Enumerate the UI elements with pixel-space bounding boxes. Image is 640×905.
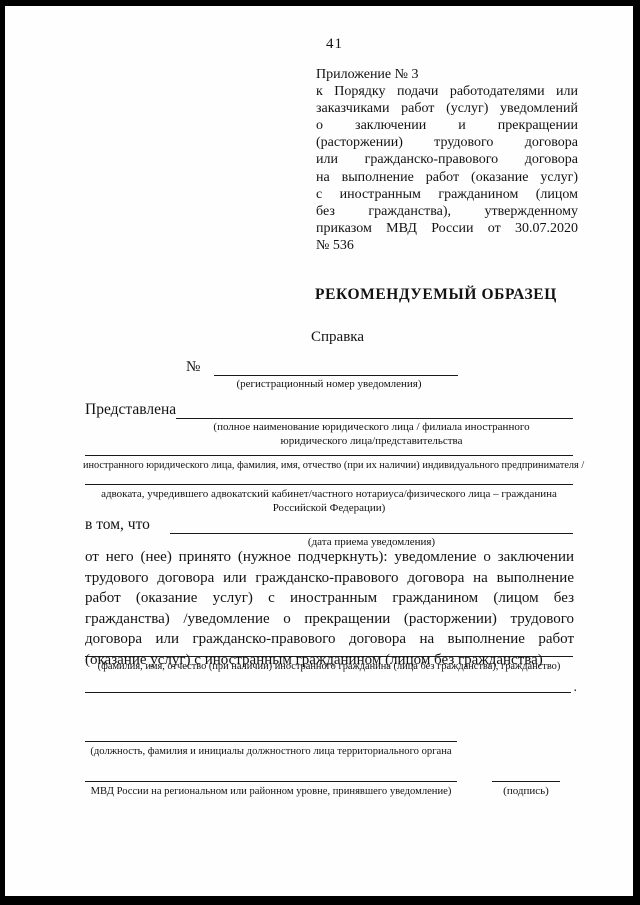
- appendix-header-line: к Порядку подачи работодателями или: [316, 83, 578, 100]
- reg-number-label: №: [186, 359, 214, 376]
- official-caption-line1: (должность, фамилия и инициалы должностн…: [83, 745, 459, 759]
- page-number: 41: [326, 36, 343, 53]
- appendix-header-line: Приложение № 3: [316, 66, 578, 83]
- official-caption-line2: МВД России на региональном или районном …: [83, 785, 459, 799]
- appendix-header-line: (расторжении) трудового договора: [316, 134, 578, 151]
- reg-number-caption: (регистрационный номер уведомления): [200, 378, 458, 392]
- appendix-header-line: с иностранным гражданином (лицом: [316, 186, 578, 203]
- advocate-caption: адвоката, учредившего адвокатский кабине…: [95, 488, 563, 515]
- appendix-header-line: на выполнение работ (оказание услуг): [316, 169, 578, 186]
- document-title: Справка: [311, 329, 364, 346]
- signature-caption: (подпись): [482, 785, 570, 799]
- scan-border-right: [633, 0, 640, 905]
- date-row: в том, что: [85, 513, 573, 534]
- scan-border-bottom: [0, 896, 640, 905]
- reg-number-row: №: [186, 356, 458, 376]
- presented-row: Представлена: [85, 398, 573, 419]
- official-blank-line: [85, 781, 457, 782]
- signature-blank-line: [492, 781, 560, 782]
- scan-border-top: [0, 0, 640, 6]
- appendix-header-line: № 536: [316, 237, 578, 254]
- official-blank-line: [85, 741, 457, 742]
- sample-heading: РЕКОМЕНДУЕМЫЙ ОБРАЗЕЦ: [315, 286, 557, 304]
- blank-line: [85, 656, 573, 657]
- appendix-header-line: заказчиками работ (услуг) уведомлений: [316, 100, 578, 117]
- appendix-header-line: о заключении и прекращении: [316, 117, 578, 134]
- scan-border-left: [0, 0, 5, 905]
- appendix-header-line: приказом МВД России от 30.07.2020: [316, 220, 578, 237]
- blank-line: [85, 484, 573, 485]
- entrepreneur-caption: иностранного юридического лица, фамилия,…: [83, 459, 575, 473]
- appendix-header-line: без гражданства), утвержденному: [316, 203, 578, 220]
- date-label: в том, что: [85, 516, 170, 534]
- presented-caption: (полное наименование юридического лица /…: [170, 421, 573, 448]
- blank-line-row: .: [85, 674, 577, 693]
- reg-number-blank-line: [214, 355, 458, 376]
- blank-line: [85, 455, 573, 456]
- date-blank-line: [170, 512, 573, 534]
- presented-label: Представлена: [85, 401, 176, 419]
- appendix-header-line: или гражданско-правового договора: [316, 151, 578, 168]
- body-paragraph: от него (нее) принято (нужное подчеркнут…: [85, 547, 574, 670]
- foreign-citizen-caption: (фамилия, имя, отчество (при наличии) ин…: [83, 660, 575, 674]
- presented-caption-line: (полное наименование юридического лица /…: [170, 421, 573, 435]
- document-page: 41 Приложение № 3 к Порядку подачи работ…: [0, 0, 640, 905]
- advocate-caption-line: адвоката, учредившего адвокатский кабине…: [95, 488, 563, 502]
- presented-blank-line: [176, 397, 573, 419]
- blank-line: [85, 673, 571, 693]
- presented-caption-line: юридического лица/представительства: [170, 435, 573, 449]
- appendix-header: Приложение № 3 к Порядку подачи работода…: [316, 66, 578, 254]
- period-mark: .: [571, 683, 578, 693]
